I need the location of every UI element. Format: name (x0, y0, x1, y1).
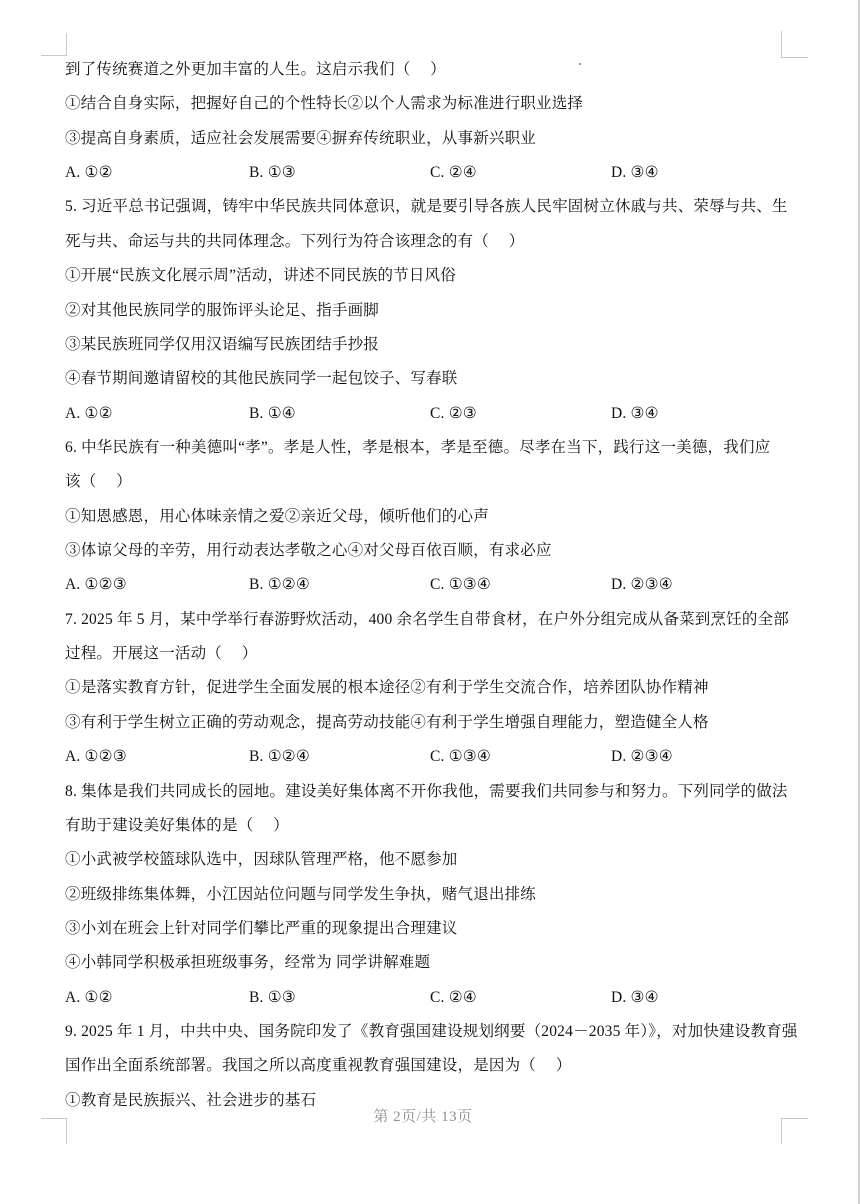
question-8-stem-line-1: 8. 集体是我们共同成长的园地。建设美好集体离不开你我他，需要我们共同参与和努力… (65, 775, 812, 809)
question-4-choice-a: A. ①② (65, 156, 113, 190)
question-5-choices: A. ①② B. ①④ C. ②③ D. ③④ (65, 397, 812, 431)
question-4-choice-d: D. ③④ (611, 156, 659, 190)
question-7-stem-line-1: 7. 2025 年 5 月，某中学举行春游野炊活动，400 余名学生自带食材，在… (65, 603, 812, 637)
question-5-stem-line-2: 死与共、命运与共的共同体理念。下列行为符合该理念的有（ ） (65, 225, 812, 259)
question-5-item-1: ①开展“民族文化展示周”活动，讲述不同民族的节日风俗 (65, 259, 812, 293)
exam-paper-page: 到了传统赛道之外更加丰富的人生。这启示我们（ ） ①结合自身实际，把握好自己的个… (0, 0, 862, 1204)
question-8-item-4: ④小韩同学积极承担班级事务，经常为 同学讲解难题 (65, 946, 812, 980)
question-7-choices: A. ①②③ B. ①②④ C. ①③④ D. ②③④ (65, 740, 812, 774)
question-8-stem-line-2: 有助于建设美好集体的是（ ） (65, 809, 812, 843)
question-6-choice-c: C. ①③④ (430, 568, 491, 602)
question-6-items-3-4: ③体谅父母的辛劳，用行动表达孝敬之心④对父母百依百顺，有求必应 (65, 534, 812, 568)
question-7-choice-b: B. ①②④ (249, 740, 310, 774)
question-6-stem-line-1: 6. 中华民族有一种美德叫“孝”。孝是人性，孝是根本，孝是至德。尽孝在当下，践行… (65, 431, 812, 465)
question-5-item-2: ②对其他民族同学的服饰评头论足、指手画脚 (65, 294, 812, 328)
question-5-choice-d: D. ③④ (611, 397, 659, 431)
question-8-choices: A. ①② B. ①③ C. ②④ D. ③④ (65, 981, 812, 1015)
question-list: 到了传统赛道之外更加丰富的人生。这启示我们（ ） ①结合自身实际，把握好自己的个… (65, 53, 812, 1118)
question-7-choice-a: A. ①②③ (65, 740, 127, 774)
question-9-stem-line-1: 9. 2025 年 1 月，中共中央、国务院印发了《教育强国建设规划纲要（202… (65, 1015, 812, 1049)
question-8-item-3: ③小刘在班会上针对同学们攀比严重的现象提出合理建议 (65, 912, 812, 946)
question-6-items-1-2: ①知恩感恩，用心体味亲情之爱②亲近父母，倾听他们的心声 (65, 500, 812, 534)
question-4-items-3-4: ③提高自身素质，适应社会发展需要④摒弃传统职业，从事新兴职业 (65, 122, 812, 156)
question-5-choice-c: C. ②③ (430, 397, 477, 431)
question-5-stem-line-1: 5. 习近平总书记强调，铸牢中华民族共同体意识，就是要引导各族人民牢固树立休戚与… (65, 190, 812, 224)
question-8-choice-c: C. ②④ (430, 981, 477, 1015)
question-4-choice-c: C. ②④ (430, 156, 477, 190)
question-8-choice-b: B. ①③ (249, 981, 296, 1015)
question-8-choice-d: D. ③④ (611, 981, 659, 1015)
question-9-stem-line-2: 国作出全面系统部署。我国之所以高度重视教育强国建设，是因为（ ） (65, 1049, 812, 1083)
question-5-item-3: ③某民族班同学仅用汉语编写民族团结手抄报 (65, 328, 812, 362)
corner-mark-top-left (41, 33, 67, 56)
question-6-choice-d: D. ②③④ (611, 568, 673, 602)
question-7-items-3-4: ③有利于学生树立正确的劳动观念，提高劳动技能④有利于学生增强自理能力，塑造健全人… (65, 706, 812, 740)
question-5-choice-b: B. ①④ (249, 397, 296, 431)
question-6-choice-b: B. ①②④ (249, 568, 310, 602)
question-5-item-4: ④春节期间邀请留校的其他民族同学一起包饺子、写春联 (65, 362, 812, 396)
page-right-edge (858, 0, 860, 1204)
question-8-item-1: ①小武被学校篮球队选中，因球队管理严格，他不愿参加 (65, 843, 812, 877)
question-4-items-1-2: ①结合自身实际，把握好自己的个性特长②以个人需求为标准进行职业选择 (65, 87, 812, 121)
question-6-choices: A. ①②③ B. ①②④ C. ①③④ D. ②③④ (65, 568, 812, 602)
page-number-indicator: 第 2页/共 13页 (0, 1104, 846, 1130)
question-6-stem-line-2: 该（ ） (65, 465, 812, 499)
question-7-choice-c: C. ①③④ (430, 740, 491, 774)
question-8-choice-a: A. ①② (65, 981, 113, 1015)
question-7-choice-d: D. ②③④ (611, 740, 673, 774)
question-5-choice-a: A. ①② (65, 397, 113, 431)
question-7-stem-line-2: 过程。开展这一活动（ ） (65, 637, 812, 671)
question-6-choice-a: A. ①②③ (65, 568, 127, 602)
question-8-item-2: ②班级排练集体舞，小江因站位问题与同学发生争执，赌气退出排练 (65, 878, 812, 912)
question-4-choices: A. ①② B. ①③ C. ②④ D. ③④ (65, 156, 812, 190)
question-4-choice-b: B. ①③ (249, 156, 296, 190)
question-7-items-1-2: ①是落实教育方针，促进学生全面发展的根本途径②有利于学生交流合作，培养团队协作精… (65, 671, 812, 705)
question-4-stem-tail: 到了传统赛道之外更加丰富的人生。这启示我们（ ） (65, 53, 812, 87)
